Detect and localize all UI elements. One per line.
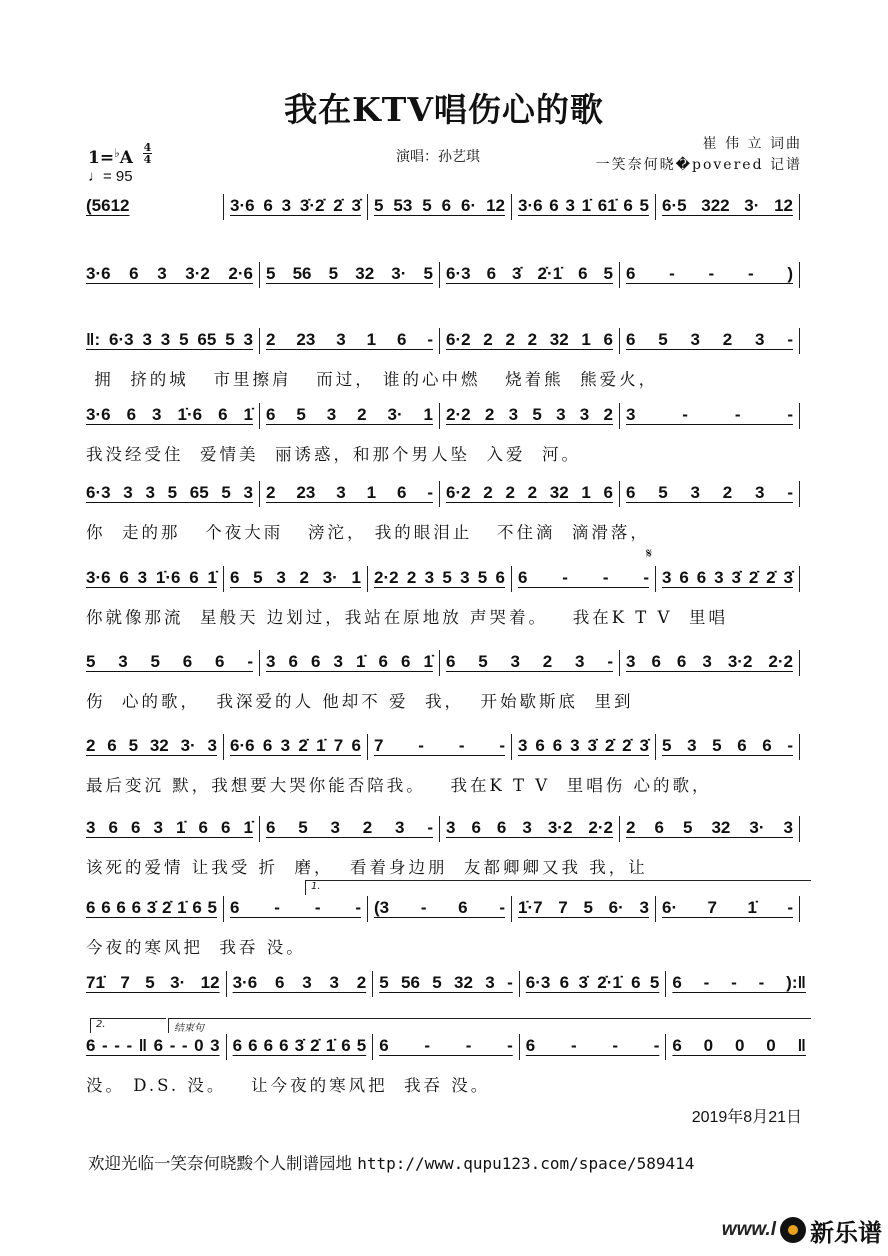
measure: 6·3 6 3̇ 2̇·1̇ 6 5 [526, 973, 660, 993]
measure: 6 - - - ‖ 6 - - 0 3 [86, 1036, 220, 1056]
measure: 7 - - - [374, 736, 505, 756]
measure: 6 - - - [518, 568, 649, 588]
measure: 3·6 6 3 3̇·2̇ 2̇ 3̇ [230, 196, 361, 216]
barline [799, 816, 800, 842]
measure: 3 6 6 3 3·2 2·2 [626, 652, 793, 672]
barline [655, 896, 656, 922]
notation-line: 3·6 6 3 1̇·6 6 1̇6 5 3 2 3· 12·2 2 3 5 3… [86, 568, 806, 598]
site-credit: 欢迎光临一笑奈何晓黢个人制谱园地 http://www.qupu123.com/… [88, 1150, 694, 1174]
measure: 3·6 6 3 1̇·6 6 1̇ [86, 568, 217, 588]
barline [223, 194, 224, 220]
watermark-logo: www.l 新乐谱 [722, 1214, 882, 1246]
measure: 6 5 3 2 3· 1 [230, 568, 361, 588]
barline [799, 262, 800, 288]
measure: (3 - 6 - [374, 898, 505, 918]
barline [665, 971, 666, 997]
barline [799, 566, 800, 592]
barline [799, 403, 800, 429]
measure: 3 6 6 3 3·2 2·2 [446, 818, 613, 838]
barline [799, 194, 800, 220]
second-ending-label: 2. [96, 1019, 106, 1030]
measure: 6 - - - ) [626, 264, 793, 284]
barline [223, 566, 224, 592]
barline [619, 816, 620, 842]
key-note: A [120, 148, 133, 168]
barline [372, 971, 373, 997]
lyrics-line: 你 走的那 个夜大雨 滂沱， 我的眼泪止 不住滴 滴滑落， [86, 519, 650, 543]
barline [655, 566, 656, 592]
song-title: 我在KTV唱伤心的歌 [0, 84, 888, 131]
notation-line: (56123·6 6 3 3̇·2̇ 2̇ 3̇5 53 5 6 6· 123·… [86, 196, 806, 226]
measure: 6 5 3 2 3· 1 [266, 405, 433, 425]
barline [511, 734, 512, 760]
barline [665, 1034, 666, 1060]
score-row: 2 6 5 32 3· 36·6 6 3 2̇ 1̇ 7 67 - - -3 6… [86, 736, 806, 806]
barline [619, 328, 620, 354]
barline [439, 481, 440, 507]
notation-line: 6 - - - ‖ 6 - - 0 36 6 6 6 3̇ 2̇ 1̇ 6 56… [86, 1036, 806, 1066]
singer: 演唱：孙艺琪 [396, 146, 480, 166]
measure: 6 5 3 2 3 - [266, 818, 433, 838]
measure: 6 5 3 2 3 - [626, 330, 793, 350]
notation-line: 5 3 5 6 6 -3 6 6 3 1̇ 6 6 1̇6 5 3 2 3 -3… [86, 652, 806, 682]
measure: 6 5 3 2 3 - [626, 483, 793, 503]
score-row: 3·6 6 3 3·2 2·65 56 5 32 3· 56·3 6 3̇ 2̇… [86, 264, 806, 334]
notation-line: 6 6 6 6 3̇ 2̇ 1̇ 6 56 - - -(3 - 6 -1̇·7 … [86, 898, 806, 928]
score-row: (56123·6 6 3 3̇·2̇ 2̇ 3̇5 53 5 6 6· 123·… [86, 196, 806, 266]
measure: 3·6 6 3 3 2 [233, 973, 367, 993]
site-url[interactable]: http://www.qupu123.com/space/589414 [357, 1154, 694, 1173]
first-ending-label: 1. [311, 881, 321, 892]
barline [799, 896, 800, 922]
first-ending-bracket: 1. [305, 880, 811, 895]
measure: 6 6 6 6 3̇ 2̇ 1̇ 6 5 [233, 1036, 367, 1056]
barline [226, 1034, 227, 1060]
score-row: 6 - - - ‖ 6 - - 0 36 6 6 6 3̇ 2̇ 1̇ 6 56… [86, 1036, 806, 1106]
notation-line: 6·3 3 3 5 65 5 32 23 3 1 6 -6·2 2 2 2 32… [86, 483, 806, 513]
measure: 3 6 6 3 1̇ 6 6 1̇ [86, 818, 253, 838]
barline [799, 328, 800, 354]
barline [439, 328, 440, 354]
time-signature: 4 4 [143, 142, 152, 165]
barline [511, 194, 512, 220]
barline [655, 734, 656, 760]
measure: 2 6 5 32 3· 3 [86, 736, 217, 756]
measure: 6 - - - [526, 1036, 660, 1056]
barline [439, 650, 440, 676]
measure: 71̇ 7 5 3· 12 [86, 973, 220, 993]
measure: 6 - - - [230, 898, 361, 918]
measure: 3·6 6 3 3·2 2·6 [86, 264, 253, 284]
notation-line: 2 6 5 32 3· 36·6 6 3 2̇ 1̇ 7 67 - - -3 6… [86, 736, 806, 766]
key-signature: 1=♭A [88, 146, 133, 168]
logo-name: 新乐谱 [810, 1213, 882, 1248]
measure: 3 6 6 3 3̇ 2̇ 2̇ 3̇ [662, 568, 793, 588]
coda-bracket: 结束句 [168, 1018, 811, 1033]
date: 2019年8月21日 [692, 1104, 802, 1127]
measure: 5 56 5 32 3 - [379, 973, 513, 993]
barline [519, 1034, 520, 1060]
time-bottom: 4 [143, 154, 152, 165]
barline [439, 816, 440, 842]
notation-line: 3·6 6 3 3·2 2·65 56 5 32 3· 56·3 6 3̇ 2̇… [86, 264, 806, 294]
vinyl-disc-icon [780, 1217, 806, 1243]
barline [259, 481, 260, 507]
barline [511, 896, 512, 922]
lyrics-line: 最后变沉 默，我想要大哭你能否陪我。 我在K T V 里唱伤 心的歌， [86, 772, 711, 796]
time-top: 4 [143, 142, 152, 153]
barline [439, 262, 440, 288]
barline [619, 262, 620, 288]
measure: 3 6 6 3 3̇ 2̇ 2̇ 3̇ [518, 736, 649, 756]
quarter-note-icon: ♩ [88, 168, 103, 185]
score-row: 3·6 6 3 1̇·6 6 1̇6 5 3 2 3· 12·2 2 3 5 3… [86, 405, 806, 475]
measure: 2 23 3 1 6 - [266, 330, 433, 350]
lyrics-line: 拥 挤的城 市里擦肩 而过， 谁的心中燃 烧着熊 熊爱火， [86, 366, 658, 390]
barline [511, 566, 512, 592]
lyrics-line: 你就像那流 星般天 边划过，我站在原地放 声哭着。 我在K T V 里唱 [86, 604, 728, 628]
measure: 5 53 5 6 6· 12 [374, 196, 505, 216]
measure: 6 6 6 6 3̇ 2̇ 1̇ 6 5 [86, 898, 217, 918]
segno-icon: 𝄋 [646, 546, 652, 562]
measure: 6 0 0 0 ‖ [672, 1036, 806, 1056]
notation-line: 71̇ 7 5 3· 123·6 6 3 3 25 56 5 32 3 -6·3… [86, 973, 806, 1003]
barline [367, 566, 368, 592]
notation-line: 3 6 6 3 1̇ 6 6 1̇6 5 3 2 3 -3 6 6 3 3·2 … [86, 818, 806, 848]
score-row: 5 3 5 6 6 -3 6 6 3 1̇ 6 6 1̇6 5 3 2 3 -3… [86, 652, 806, 722]
barline [439, 403, 440, 429]
tempo-marking: ♩= 95 [88, 168, 133, 185]
barline [259, 816, 260, 842]
measure: 2·2 2 3 5 3 3 2 [446, 405, 613, 425]
score-row: 3·6 6 3 1̇·6 6 1̇6 5 3 2 3· 12·2 2 3 5 3… [86, 568, 806, 638]
measure: 6·5 322 3· 12 [662, 196, 793, 216]
measure: 5 3 5 6 6 - [86, 652, 253, 672]
barline [367, 194, 368, 220]
score-row: 6 6 6 6 3̇ 2̇ 1̇ 6 56 - - -(3 - 6 -1̇·7 … [86, 898, 806, 968]
measure: 6·2 2 2 2 32 1 6 [446, 483, 613, 503]
measure: 2 23 3 1 6 - [266, 483, 433, 503]
lyrics-line: 我没经受住 爱情美 丽诱惑，和那个男人坠 入爱 河。 [86, 441, 581, 465]
tempo-value: = 95 [103, 168, 133, 185]
measure: 6 - - - [379, 1036, 513, 1056]
credit-transcriber: 一笑奈何晓�povered 记谱 [596, 154, 802, 174]
barline [799, 481, 800, 507]
lyrics-line: 伤 心的歌， 我深爱的人 他却不 爱 我， 开始歇斯底 里到 [86, 688, 633, 712]
measure: 3 - - - [626, 405, 793, 425]
barline [619, 650, 620, 676]
barline [223, 734, 224, 760]
barline [226, 971, 227, 997]
barline [259, 262, 260, 288]
measure: 5 3 5 6 6 - [662, 736, 793, 756]
barline [619, 403, 620, 429]
barline [259, 328, 260, 354]
barline [223, 896, 224, 922]
barline [519, 971, 520, 997]
measure: 2·2 2 3 5 3 5 6 [374, 568, 505, 588]
notation-line: ‖: 6·3 3 3 5 65 5 32 23 3 1 6 -6·2 2 2 2… [86, 330, 806, 360]
measure: 6 5 3 2 3 - [446, 652, 613, 672]
barline [799, 650, 800, 676]
key-prefix: 1= [88, 148, 114, 168]
coda-label: 结束句 [174, 1023, 204, 1034]
measure: 3·6 6 3 1̇ 61̇ 6 5 [518, 196, 649, 216]
second-ending-bracket: 2. [90, 1018, 166, 1033]
measure: 2 6 5 32 3· 3 [626, 818, 793, 838]
site-text: 欢迎光临一笑奈何晓黢个人制谱园地 [88, 1154, 352, 1173]
measure: 5 56 5 32 3· 5 [266, 264, 433, 284]
credit-composer: 崔 伟 立 词曲 [703, 133, 802, 153]
barline [799, 734, 800, 760]
score-row: 6·3 3 3 5 65 5 32 23 3 1 6 -6·2 2 2 2 32… [86, 483, 806, 553]
measure: 3·6 6 3 1̇·6 6 1̇ [86, 405, 253, 425]
measure: 1̇·7 7 5 6· 3 [518, 898, 649, 918]
measure: 6·3 6 3̇ 2̇·1̇ 6 5 [446, 264, 613, 284]
barline [367, 734, 368, 760]
logo-www: www.l [722, 1219, 776, 1241]
barline [619, 481, 620, 507]
measure: 6·6 6 3 2̇ 1̇ 7 6 [230, 736, 361, 756]
measure: ‖: 6·3 3 3 5 65 5 3 [86, 330, 253, 350]
measure: (5612 [86, 196, 217, 216]
measure: 6·3 3 3 5 65 5 3 [86, 483, 253, 503]
notation-line: 3·6 6 3 1̇·6 6 1̇6 5 3 2 3· 12·2 2 3 5 3… [86, 405, 806, 435]
barline [259, 650, 260, 676]
barline [372, 1034, 373, 1060]
lyrics-line: 没。 D.S. 没。 让今夜的寒风把 我吞 没。 [86, 1072, 490, 1096]
score-row: 3 6 6 3 1̇ 6 6 1̇6 5 3 2 3 -3 6 6 3 3·2 … [86, 818, 806, 888]
score-row: ‖: 6·3 3 3 5 65 5 32 23 3 1 6 -6·2 2 2 2… [86, 330, 806, 400]
barline [259, 403, 260, 429]
measure: 6 - - - ):‖ [672, 973, 806, 993]
measure: 6· 7 1̇ - [662, 898, 793, 918]
measure: 6·2 2 2 2 32 1 6 [446, 330, 613, 350]
barline [367, 896, 368, 922]
lyrics-line: 该死的爱情 让我受 折 磨， 看着身边朋 友都卿卿又我 我，让 [86, 854, 648, 878]
measure: 3 6 6 3 1̇ 6 6 1̇ [266, 652, 433, 672]
barline [655, 194, 656, 220]
lyrics-line: 今夜的寒风把 我吞 没。 [86, 934, 306, 958]
